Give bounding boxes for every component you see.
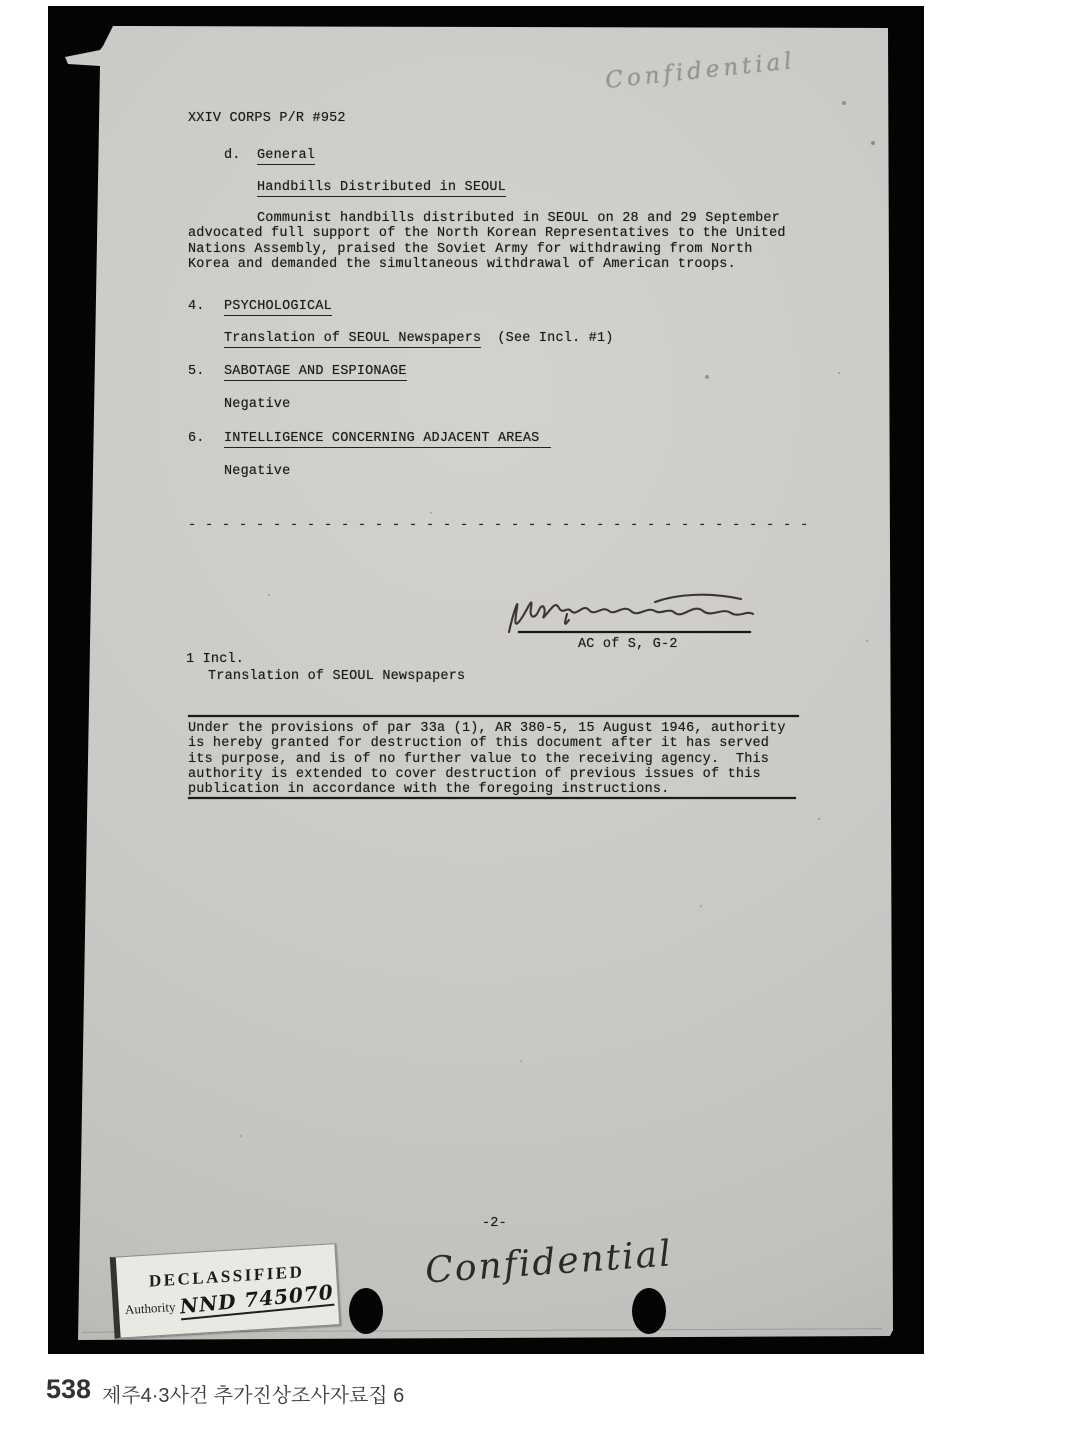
book-page-footer: 538 제주4·3사건 추가진상조사자료집 6 [0,1368,1080,1408]
paragraph-line: Nations Assembly, praised the Soviet Arm… [188,242,806,257]
paragraph-line: advocated full support of the North Kore… [188,226,806,241]
destruction-notice: Under the provisions of par 33a (1), AR … [188,721,806,797]
item-6-body: Negative [224,464,290,479]
notice-line: is hereby granted for destruction of thi… [188,736,806,751]
notice-line: Under the provisions of par 33a (1), AR … [188,721,806,736]
paragraph-line: Communist handbills distributed in SEOUL… [188,211,806,226]
signature-underline [518,631,751,633]
notice-line: its purpose, and is of no further value … [188,752,806,767]
item-6-title: INTELLIGENCE CONCERNING ADJACENT AREAS [224,431,551,446]
item-5-body: Negative [224,397,290,412]
book-title: 제주4·3사건 추가진상조사자료집 6 [102,1379,404,1408]
enclosure-count: 1 Incl. [186,652,244,667]
declassified-stamp-authority-label: Authority [124,1299,175,1318]
section-d-title: General [257,148,315,163]
handwritten-signature [505,584,757,636]
punch-hole-left [349,1288,383,1334]
punch-hole-right [632,1288,666,1334]
signature-caption: AC of S, G-2 [578,637,678,652]
item-4-body-note: (See Incl. #1) [497,331,613,346]
item-4-body: Translation of SEOUL Newspapers(See Incl… [224,331,614,346]
section-d-label: d. [224,148,241,163]
paragraph-line: Korea and demanded the simultaneous with… [188,257,806,272]
item-4-title: PSYCHOLOGICAL [224,299,332,314]
handbills-heading: Handbills Distributed in SEOUL [257,180,506,195]
enclosure-title: Translation of SEOUL Newspapers [208,669,465,684]
notice-line: publication in accordance with the foreg… [188,782,806,797]
item-5-title: SABOTAGE AND ESPIONAGE [224,364,407,379]
sheet-page-number: -2- [482,1216,507,1231]
item-5-number: 5. [188,364,205,379]
report-header: XXIV CORPS P/R #952 [188,111,346,126]
book-page-number: 538 [46,1374,91,1405]
item-4-number: 4. [188,299,205,314]
notice-line: authority is extended to cover destructi… [188,767,806,782]
dashed-separator: - - - - - - - - - - - - - - - - - - - - … [188,518,809,533]
item-6-number: 6. [188,431,205,446]
notice-top-rule [188,715,799,717]
declassified-stamp: DECLASSIFIED Authority NND 745070 [110,1243,341,1339]
handbills-paragraph: Communist handbills distributed in SEOUL… [188,211,806,272]
paper-speckles [0,0,2,2]
notice-bottom-underline [188,797,796,799]
